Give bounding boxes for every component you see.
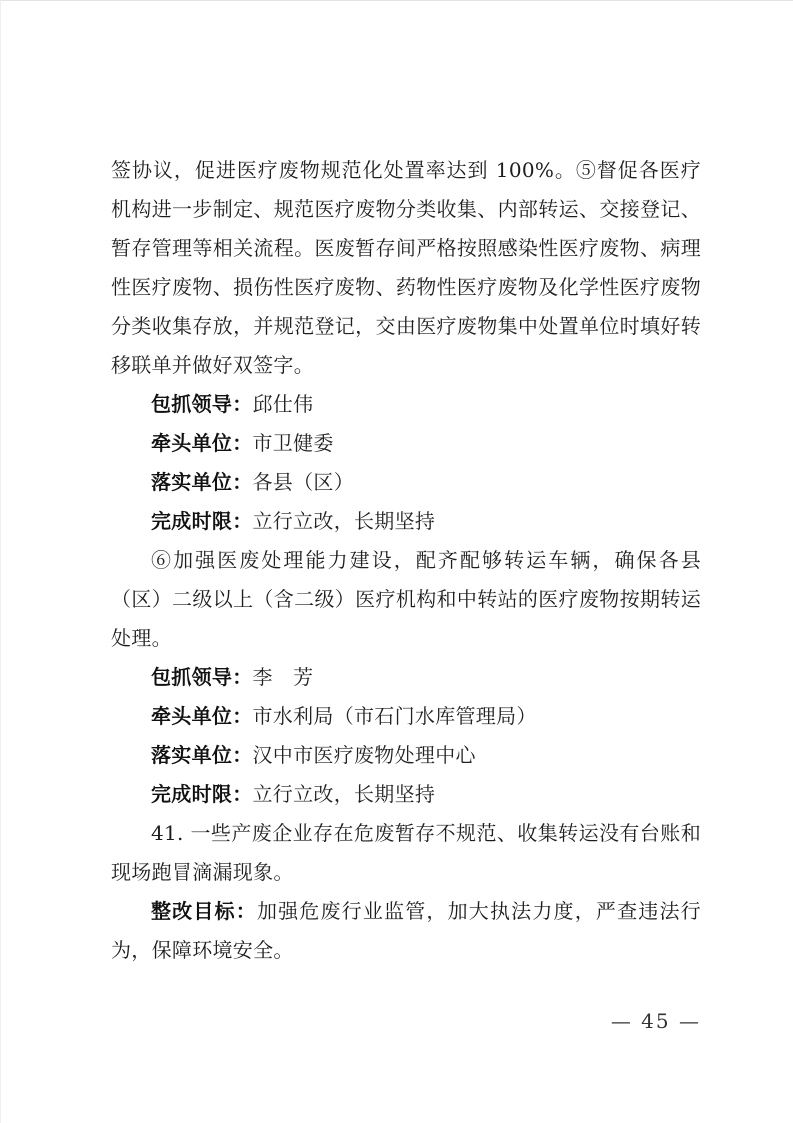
paragraph-item41: 41. 一些产废企业存在危废暂存不规范、收集转运没有台账和现场跑冒滴漏现象。 bbox=[111, 814, 701, 892]
info-line-deadline-2: 完成时限：立行立改，长期坚持 bbox=[111, 775, 701, 814]
info-value: 汉中市医疗废物处理中心 bbox=[253, 743, 476, 767]
info-value: 立行立改，长期坚持 bbox=[253, 782, 436, 806]
paragraph-goal: 整改目标：加强危废行业监管，加大执法力度，严查违法行为，保障环境安全。 bbox=[111, 892, 701, 970]
info-label: 包抓领导： bbox=[151, 665, 253, 689]
info-label: 落实单位： bbox=[151, 470, 253, 494]
info-line-leader-1: 包抓领导：邱仕伟 bbox=[111, 385, 701, 424]
info-label: 牵头单位： bbox=[151, 431, 253, 455]
paragraph-item6: ⑥加强医废处理能力建设，配齐配够转运车辆，确保各县（区）二级以上（含二级）医疗机… bbox=[111, 541, 701, 658]
info-label: 落实单位： bbox=[151, 743, 253, 767]
info-value: 邱仕伟 bbox=[253, 392, 314, 416]
info-label: 包抓领导： bbox=[151, 392, 253, 416]
info-value: 市水利局（市石门水库管理局） bbox=[253, 704, 537, 728]
info-value: 立行立改，长期坚持 bbox=[253, 509, 436, 533]
page-number: — 45 — bbox=[111, 1009, 701, 1033]
info-line-implement-unit-1: 落实单位：各县（区） bbox=[111, 463, 701, 502]
document-page: 签协议，促进医疗废物规范化处置率达到 100%。⑤督促各医疗机构进一步制定、规范… bbox=[0, 0, 793, 1123]
info-line-deadline-1: 完成时限：立行立改，长期坚持 bbox=[111, 502, 701, 541]
info-line-lead-unit-2: 牵头单位：市水利局（市石门水库管理局） bbox=[111, 697, 701, 736]
goal-label: 整改目标： bbox=[151, 899, 257, 923]
info-value: 市卫健委 bbox=[253, 431, 334, 455]
info-line-lead-unit-1: 牵头单位：市卫健委 bbox=[111, 424, 701, 463]
info-line-implement-unit-2: 落实单位：汉中市医疗废物处理中心 bbox=[111, 736, 701, 775]
info-line-leader-2: 包抓领导：李 芳 bbox=[111, 658, 701, 697]
info-label: 完成时限： bbox=[151, 509, 253, 533]
info-label: 牵头单位： bbox=[151, 704, 253, 728]
info-value: 各县（区） bbox=[253, 470, 355, 494]
document-body: 签协议，促进医疗废物规范化处置率达到 100%。⑤督促各医疗机构进一步制定、规范… bbox=[111, 151, 701, 970]
paragraph-continuation: 签协议，促进医疗废物规范化处置率达到 100%。⑤督促各医疗机构进一步制定、规范… bbox=[111, 151, 701, 385]
info-label: 完成时限： bbox=[151, 782, 253, 806]
info-value: 李 芳 bbox=[253, 665, 314, 689]
